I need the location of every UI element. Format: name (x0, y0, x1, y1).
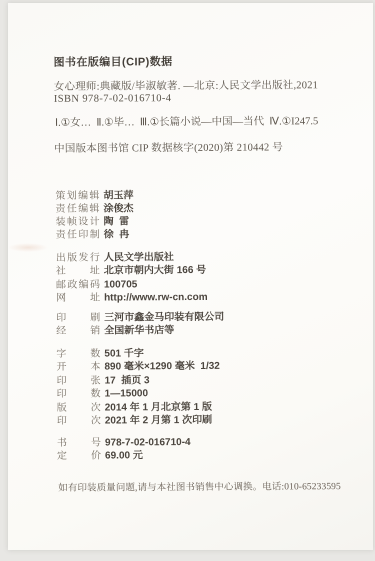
classification-line: Ⅰ.①女… Ⅱ.①毕… Ⅲ.①长篇小说—中国—当代 Ⅳ.①I247.5 (55, 113, 318, 130)
row-label: 定价 (57, 450, 101, 464)
row-label: 印次 (57, 415, 101, 429)
spec-row: 印次2021 年 2 月第 1 次印刷 (57, 414, 220, 428)
cip-data-header: 图书在版编目(CIP)数据 (54, 53, 173, 70)
row-label: 责任印制 (56, 229, 100, 242)
row-value: 890 毫米×1290 毫米 1/32 (104, 361, 219, 373)
printing-row: 经销全国新华书店等 (56, 324, 224, 338)
book-info-row: 书号978-7-02-016710-4 (57, 436, 191, 450)
row-value: 100705 (104, 279, 137, 290)
cip-title-line: 女心理师:典藏版/毕淑敏著. —北京:人民文学出版社,2021 (54, 77, 318, 94)
row-value: 北京市朝内大街 166 号 (104, 265, 206, 277)
staff-block: 策划编辑胡玉萍 责任编辑涂俊杰 装帧设计陶 雷 责任印制徐 冉 (55, 189, 133, 241)
row-value: 978-7-02-016710-4 (105, 437, 191, 449)
staff-row: 策划编辑胡玉萍 (55, 189, 133, 202)
row-value: 17 插页 3 (105, 375, 150, 386)
row-label: 网址 (56, 292, 100, 306)
specs-block: 字数501 千字 开本890 毫米×1290 毫米 1/32 印张17 插页 3… (56, 347, 220, 428)
row-value: 人民文学出版社 (104, 252, 174, 263)
publisher-row: 邮政编码100705 (56, 278, 208, 292)
book-page: 图书在版编目(CIP)数据 女心理师:典藏版/毕淑敏著. —北京:人民文学出版社… (8, 3, 373, 550)
book-info-block: 书号978-7-02-016710-4 定价69.00 元 (57, 436, 191, 464)
spec-row: 印张17 插页 3 (57, 374, 220, 388)
row-label: 经销 (56, 325, 100, 339)
row-label: 社址 (56, 265, 100, 279)
row-value: 全国新华书店等 (104, 325, 174, 336)
isbn-line: ISBN 978-7-02-016710-4 (54, 93, 172, 105)
row-label: 印张 (57, 374, 101, 388)
quality-notice: 如有印装质量问题,请与本社图书销售中心调换。电话:010-65233595 (58, 478, 341, 494)
row-label: 邮政编码 (56, 278, 100, 292)
printing-row: 印刷三河市鑫金马印装有限公司 (56, 311, 224, 325)
row-value: 501 千字 (104, 348, 144, 359)
printing-block: 印刷三河市鑫金马印装有限公司 经销全国新华书店等 (56, 311, 224, 339)
row-label: 责任编辑 (55, 203, 99, 216)
publisher-block: 出版发行人民文学出版社 社址北京市朝内大街 166 号 邮政编码100705 网… (56, 251, 208, 305)
row-value: 胡玉萍 (103, 190, 133, 201)
row-label: 书号 (57, 437, 101, 451)
scanned-copyright-page: 图书在版编目(CIP)数据 女心理师:典藏版/毕淑敏著. —北京:人民文学出版社… (0, 0, 375, 561)
row-label: 印数 (57, 388, 101, 402)
row-label: 版次 (57, 401, 101, 415)
row-label: 印刷 (56, 312, 100, 326)
spec-row: 印数1—15000 (57, 387, 220, 401)
page-content: 图书在版编目(CIP)数据 女心理师:典藏版/毕淑敏著. —北京:人民文学出版社… (6, 2, 374, 551)
row-value: http://www.rw-cn.com (104, 292, 208, 304)
row-value: 陶 雷 (104, 216, 130, 227)
spec-row: 开本890 毫米×1290 毫米 1/32 (56, 360, 219, 374)
spec-row: 版次2014 年 1 月北京第 1 版 (57, 400, 220, 414)
row-label: 字数 (56, 348, 100, 362)
publisher-row: 社址北京市朝内大街 166 号 (56, 264, 208, 278)
row-value: 涂俊杰 (103, 203, 133, 214)
row-label: 开本 (56, 361, 100, 375)
row-value: 2021 年 2 月第 1 次印刷 (105, 415, 212, 427)
cip-record-line: 中国版本图书馆 CIP 数据核字(2020)第 210442 号 (54, 139, 283, 155)
spec-row: 字数501 千字 (56, 347, 219, 361)
book-info-row: 定价69.00 元 (57, 449, 191, 463)
staff-row: 责任编辑涂俊杰 (55, 202, 133, 215)
publisher-row: 出版发行人民文学出版社 (56, 251, 208, 265)
publisher-row: 网址http://www.rw-cn.com (56, 291, 208, 305)
row-label: 出版发行 (56, 252, 100, 266)
row-value: 三河市鑫金马印装有限公司 (104, 312, 224, 324)
row-value: 1—15000 (105, 388, 148, 399)
row-label: 策划编辑 (55, 190, 99, 203)
row-value: 徐 冉 (104, 229, 130, 240)
row-value: 2014 年 1 月北京第 1 版 (105, 401, 212, 413)
staff-row: 责任印制徐 冉 (56, 228, 134, 241)
row-value: 69.00 元 (105, 451, 143, 462)
staff-row: 装帧设计陶 雷 (56, 215, 134, 228)
row-label: 装帧设计 (56, 216, 100, 229)
